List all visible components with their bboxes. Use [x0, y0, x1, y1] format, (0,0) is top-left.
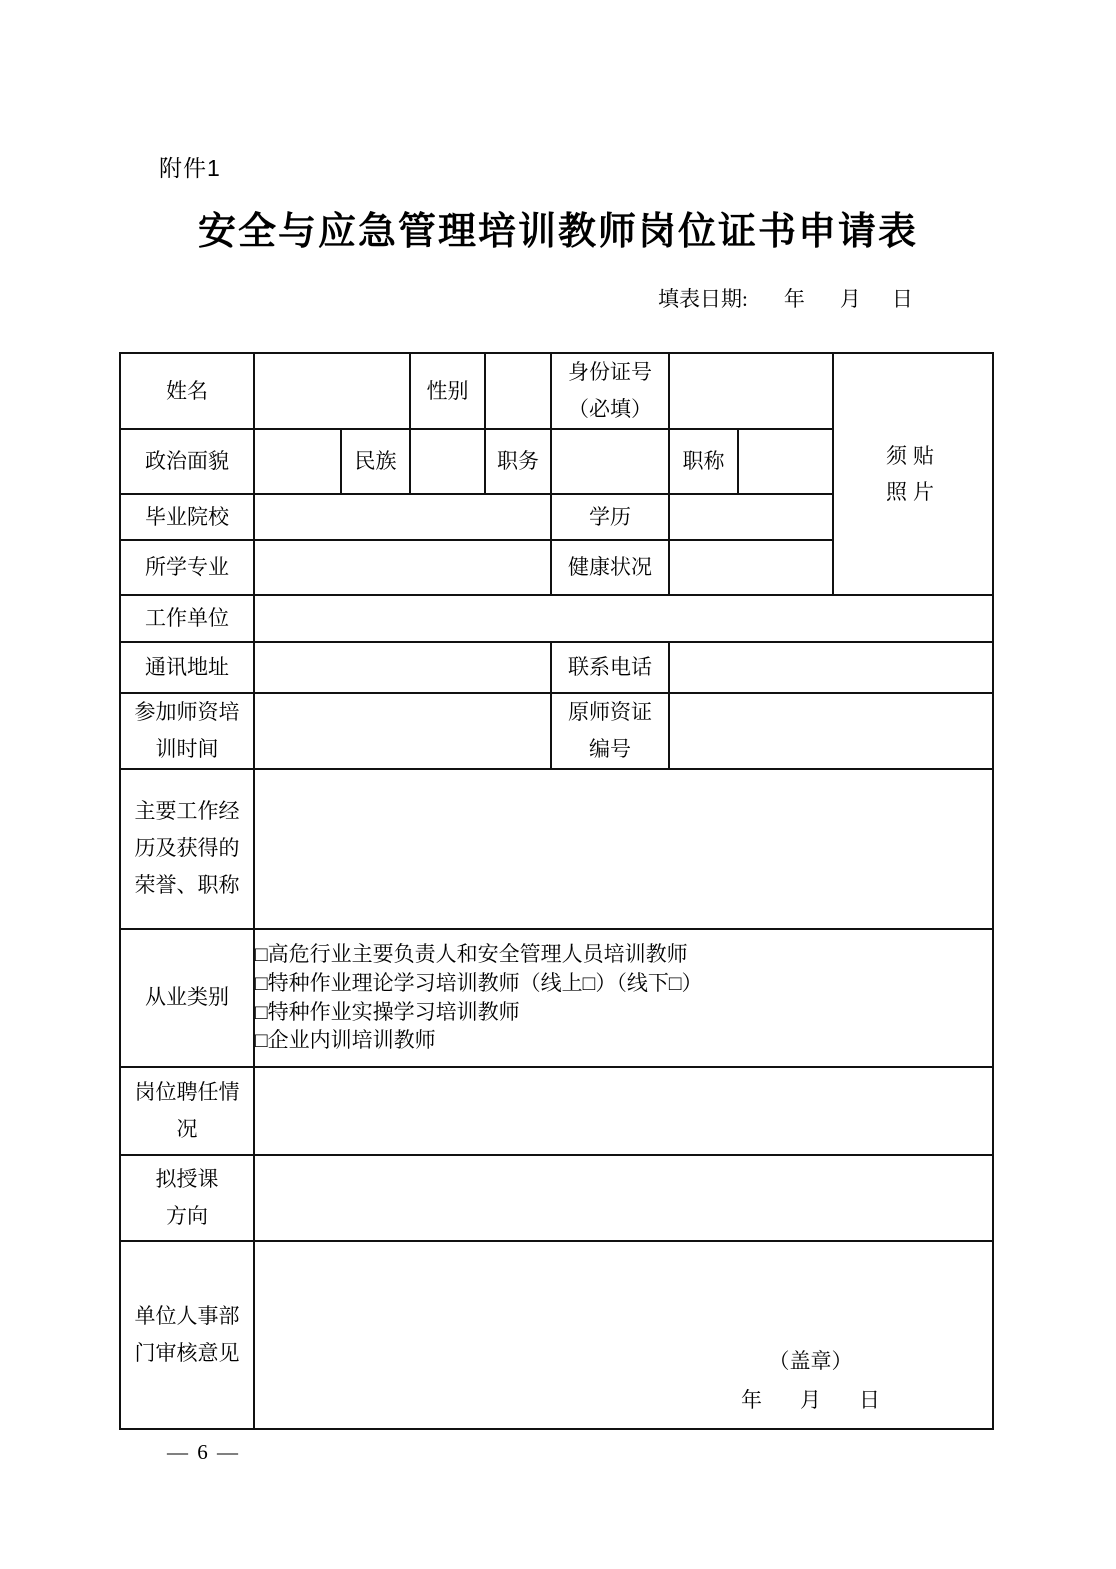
id-number-input-cell[interactable] [669, 353, 833, 429]
contact-phone-label: 联系电话 [551, 642, 669, 693]
political-status-input-cell[interactable] [254, 429, 341, 494]
work-experience-label: 主要工作经 历及获得的 荣誉、职称 [120, 769, 254, 929]
education-label: 学历 [551, 494, 669, 540]
page-title: 安全与应急管理培训教师岗位证书申请表 [0, 200, 1116, 255]
work-unit-input-cell[interactable] [254, 595, 993, 642]
fill-date-month-label: 月 [840, 287, 861, 311]
row-work-unit: 工作单位 [120, 595, 993, 642]
id-number-label: 身份证号 （必填） [551, 353, 669, 429]
work-experience-input-cell[interactable] [254, 769, 993, 929]
hr-review-input-cell[interactable]: （盖章） 年月日 [254, 1241, 993, 1429]
occupation-option[interactable]: □特种作业理论学习培训教师（线上□）（线下□） [255, 969, 992, 998]
post-employment-label: 岗位聘任情 况 [120, 1067, 254, 1155]
original-certificate-no-input-cell[interactable] [669, 693, 993, 769]
fill-date-year-label: 年 [784, 287, 805, 311]
occupation-option[interactable]: □企业内训培训教师 [255, 1026, 992, 1055]
row-training-time: 参加师资培 训时间 原师资证 编号 [120, 693, 993, 769]
row-teaching-direction: 拟授课 方向 [120, 1155, 993, 1241]
fill-date-line: 填表日期:年月日 [658, 283, 913, 313]
teaching-direction-input-cell[interactable] [254, 1155, 993, 1241]
professional-title-label: 职称 [669, 429, 738, 494]
row-work-experience: 主要工作经 历及获得的 荣誉、职称 [120, 769, 993, 929]
fill-date-label: 填表日期: [658, 287, 748, 311]
attachment-label: 附件1 [159, 150, 221, 183]
ethnicity-label: 民族 [341, 429, 410, 494]
major-input-cell[interactable] [254, 540, 551, 595]
stamp-day-label: 日 [859, 1388, 880, 1412]
teaching-direction-label: 拟授课 方向 [120, 1155, 254, 1241]
stamp-date-line: 年月日 [741, 1381, 880, 1420]
education-input-cell[interactable] [669, 494, 833, 540]
teacher-training-time-label: 参加师资培 训时间 [120, 693, 254, 769]
row-occupation-category: 从业类别 □高危行业主要负责人和安全管理人员培训教师 □特种作业理论学习培训教师… [120, 929, 993, 1067]
gender-label: 性别 [410, 353, 485, 429]
graduate-school-label: 毕业院校 [120, 494, 254, 540]
health-status-input-cell[interactable] [669, 540, 833, 595]
name-label: 姓名 [120, 353, 254, 429]
position-input-cell[interactable] [551, 429, 669, 494]
document-page: 附件1 安全与应急管理培训教师岗位证书申请表 填表日期:年月日 姓名 性别 身份… [0, 0, 1116, 1569]
name-input-cell[interactable] [254, 353, 410, 429]
work-unit-label: 工作单位 [120, 595, 254, 642]
seal-note: （盖章） [741, 1342, 880, 1381]
row-hr-review: 单位人事部 门审核意见 （盖章） 年月日 [120, 1241, 993, 1429]
graduate-school-input-cell[interactable] [254, 494, 551, 540]
mailing-address-input-cell[interactable] [254, 642, 551, 693]
teacher-training-time-input-cell[interactable] [254, 693, 551, 769]
original-certificate-no-label: 原师资证 编号 [551, 693, 669, 769]
stamp-year-label: 年 [741, 1388, 762, 1412]
fill-date-day-label: 日 [892, 287, 913, 311]
political-status-label: 政治面貌 [120, 429, 254, 494]
gender-input-cell[interactable] [485, 353, 551, 429]
position-label: 职务 [485, 429, 551, 494]
major-label: 所学专业 [120, 540, 254, 595]
row-mailing-address: 通讯地址 联系电话 [120, 642, 993, 693]
contact-phone-input-cell[interactable] [669, 642, 993, 693]
health-status-label: 健康状况 [551, 540, 669, 595]
row-name: 姓名 性别 身份证号 （必填） 须贴 照片 [120, 353, 993, 429]
application-form-table: 姓名 性别 身份证号 （必填） 须贴 照片 政治面貌 民族 职务 职称 毕业院校… [119, 352, 994, 1430]
page-number: — 6 — [167, 1440, 240, 1465]
stamp-block: （盖章） 年月日 [741, 1342, 880, 1420]
occupation-option[interactable]: □特种作业实操学习培训教师 [255, 998, 992, 1027]
hr-review-label: 单位人事部 门审核意见 [120, 1241, 254, 1429]
occupation-option[interactable]: □高危行业主要负责人和安全管理人员培训教师 [255, 940, 992, 969]
row-post-employment: 岗位聘任情 况 [120, 1067, 993, 1155]
stamp-month-label: 月 [800, 1388, 821, 1412]
photo-area[interactable]: 须贴 照片 [833, 353, 993, 595]
mailing-address-label: 通讯地址 [120, 642, 254, 693]
professional-title-input-cell[interactable] [738, 429, 833, 494]
ethnicity-input-cell[interactable] [410, 429, 485, 494]
occupation-category-label: 从业类别 [120, 929, 254, 1067]
post-employment-input-cell[interactable] [254, 1067, 993, 1155]
occupation-options-cell: □高危行业主要负责人和安全管理人员培训教师 □特种作业理论学习培训教师（线上□）… [254, 929, 993, 1067]
